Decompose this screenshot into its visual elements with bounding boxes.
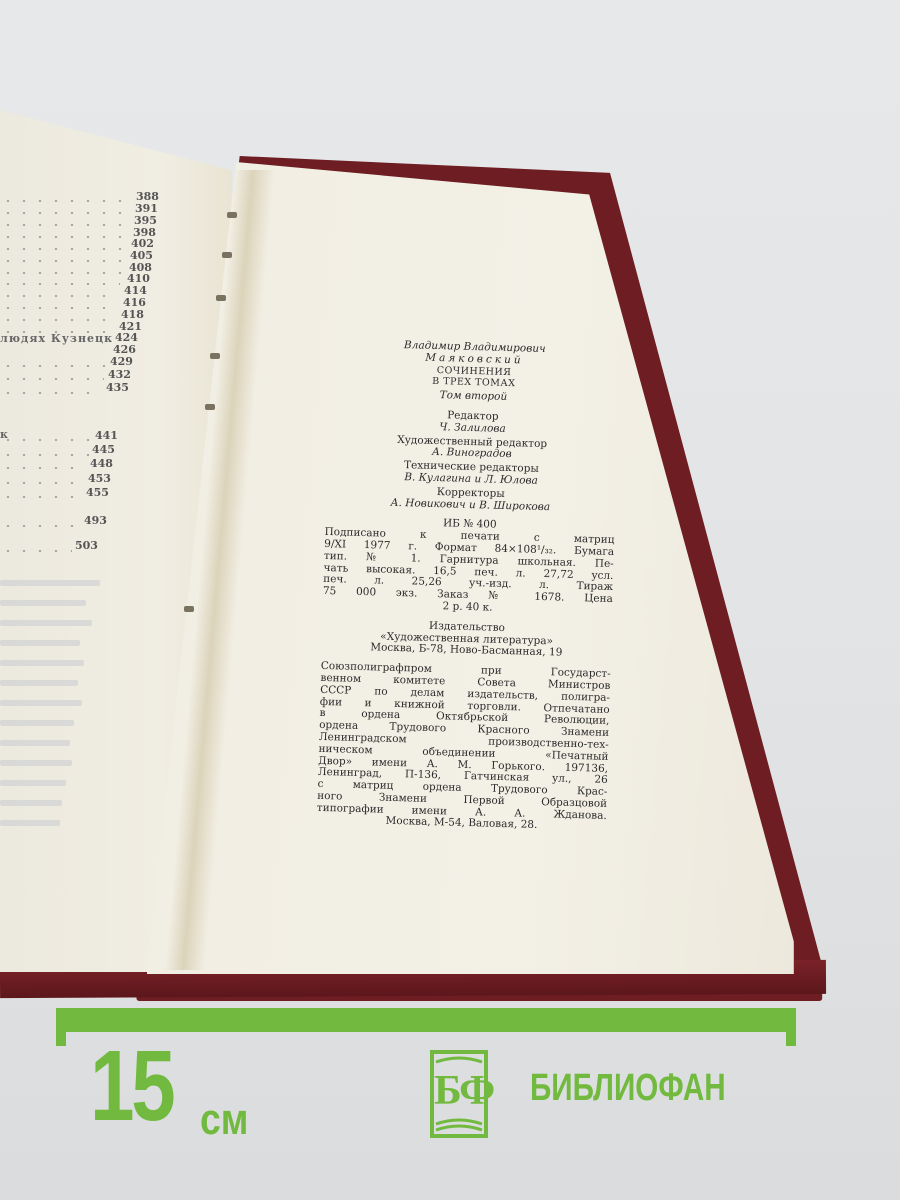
toc-page-number: 429 xyxy=(110,355,133,368)
toc-leader-dots xyxy=(0,248,124,250)
show-through-text xyxy=(0,680,78,686)
toc-leader-dots xyxy=(0,482,84,484)
toc-leader-dots xyxy=(0,307,117,309)
show-through-text xyxy=(0,660,84,666)
binding-stitch xyxy=(222,252,232,258)
show-through-text xyxy=(0,780,66,786)
show-through-text xyxy=(0,600,86,606)
colophon: Владимир Владимирович Маяковский СОЧИНЕН… xyxy=(316,338,620,834)
brand-name: БИБЛИОФАН xyxy=(530,1066,726,1110)
toc-leader-dots xyxy=(0,550,72,552)
toc-page-number: 453 xyxy=(88,472,111,485)
toc-leader-dots xyxy=(0,392,102,394)
toc-leader-dots xyxy=(0,454,89,456)
toc-page-number: 493 xyxy=(84,514,107,527)
toc-page-number: 448 xyxy=(90,457,113,470)
show-through-text xyxy=(0,760,72,766)
toc-page-number: 455 xyxy=(86,486,109,499)
size-ruler-left-tick xyxy=(56,1008,66,1046)
toc-leader-dots xyxy=(0,295,118,297)
toc-leader-dots xyxy=(0,319,116,321)
toc-page-number: 445 xyxy=(92,443,115,456)
show-through-text xyxy=(0,800,62,806)
toc-leader-dots xyxy=(0,378,104,380)
toc-page-number: 503 xyxy=(75,539,98,552)
binding-stitch xyxy=(210,353,220,359)
toc-leader-dots xyxy=(0,496,82,498)
toc-page-number: 432 xyxy=(108,368,131,381)
toc-leader-dots xyxy=(0,283,120,285)
toc-page-number: 435 xyxy=(106,381,129,394)
size-ruler-bar xyxy=(56,1008,796,1032)
binding-stitch xyxy=(216,295,226,301)
toc-leader-dots xyxy=(0,272,122,274)
size-value: 15 xyxy=(90,1036,173,1136)
show-through-text xyxy=(0,740,70,746)
binding-stitch xyxy=(184,606,194,612)
show-through-text xyxy=(0,640,80,646)
size-unit: см xyxy=(200,1098,248,1142)
toc-page-number: 441 xyxy=(95,429,118,442)
toc-leader-dots xyxy=(0,236,126,238)
toc-leader-dots xyxy=(0,212,128,214)
toc-leader-dots xyxy=(0,525,80,527)
show-through-text xyxy=(0,820,60,826)
toc-leader-dots xyxy=(0,260,123,262)
binding-stitch xyxy=(227,212,237,218)
logo-monogram: БФ xyxy=(434,1066,490,1116)
size-ruler-right-tick xyxy=(786,1008,796,1046)
show-through-text xyxy=(0,700,82,706)
show-through-text xyxy=(0,720,74,726)
toc-leader-dots xyxy=(0,200,130,202)
show-through-text xyxy=(0,580,100,586)
toc-leader-dots xyxy=(0,365,106,367)
binding-stitch xyxy=(205,404,215,410)
toc-leader-dots xyxy=(0,467,86,469)
show-through-text xyxy=(0,620,92,626)
toc-leader-dots xyxy=(0,439,92,441)
toc-entry-fragment: людях Кузнецк xyxy=(0,332,113,345)
toc-leader-dots xyxy=(0,224,127,226)
